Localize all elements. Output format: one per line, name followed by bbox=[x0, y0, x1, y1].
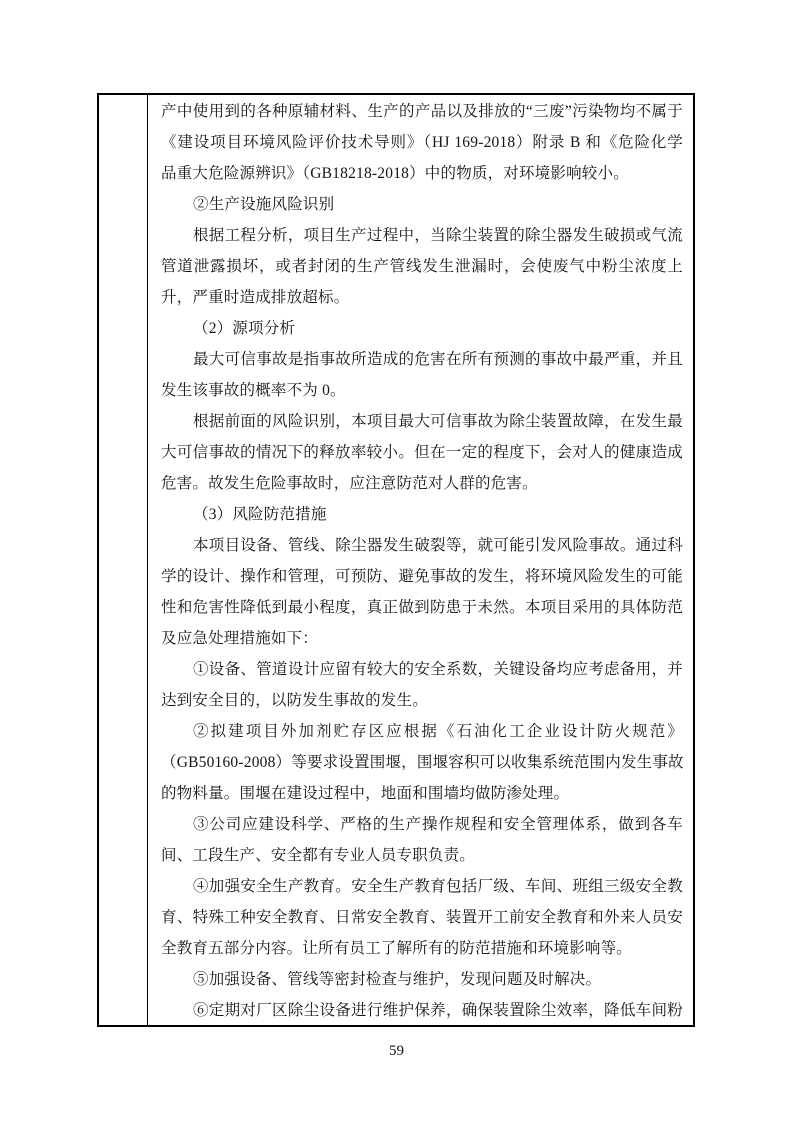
table-left-column bbox=[99, 95, 148, 1025]
text-line: ⑥定期对厂区除尘设备进行维护保养，确保装置除尘效率，降低车间粉 bbox=[161, 995, 683, 1025]
text-line: ④加强安全生产教育。安全生产教育包括厂级、车间、班组三级安全教 bbox=[161, 871, 683, 902]
text-line: 育、特殊工种安全教育、日常安全教育、装置开工前安全教育和外来人员安 bbox=[161, 902, 683, 933]
text-line: 学的设计、操作和管理，可预防、避免事故的发生，将环境风险发生的可能 bbox=[161, 561, 683, 592]
text-line: 发生该事故的概率不为 0。 bbox=[161, 375, 683, 406]
text-line: ②生产设施风险识别 bbox=[161, 189, 683, 220]
text-line: ③公司应建设科学、严格的生产操作规程和安全管理体系，做到各车 bbox=[161, 809, 683, 840]
text-line: 《建设项目环境风险评价技术导则》（HJ 169-2018）附录 B 和《危险化学 bbox=[161, 127, 683, 158]
text-line: 根据工程分析，项目生产过程中，当除尘装置的除尘器发生破损或气流 bbox=[161, 220, 683, 251]
text-line: 的物料量。围堰在建设过程中，地面和围墙均做防渗处理。 bbox=[161, 778, 683, 809]
text-line: 达到安全目的，以防发生事故的发生。 bbox=[161, 685, 683, 716]
text-line: 品重大危险源辨识》（GB18218-2018）中的物质，对环境影响较小。 bbox=[161, 158, 683, 189]
page-number: 59 bbox=[0, 1043, 793, 1060]
text-line: 管道泄露损坏，或者封闭的生产管线发生泄漏时，会使废气中粉尘浓度上 bbox=[161, 251, 683, 282]
text-line: 产中使用到的各种原辅材料、生产的产品以及排放的“三废”污染物均不属于 bbox=[161, 96, 683, 127]
text-line: 危害。故发生危险事故时，应注意防范对人群的危害。 bbox=[161, 468, 683, 499]
text-line: （2）源项分析 bbox=[161, 313, 683, 344]
table-content-cell: 产中使用到的各种原辅材料、生产的产品以及排放的“三废”污染物均不属于《建设项目环… bbox=[148, 95, 693, 1025]
text-line: ②拟建项目外加剂贮存区应根据《石油化工企业设计防火规范》 bbox=[161, 716, 683, 747]
text-line: （GB50160-2008）等要求设置围堰，围堰容积可以收集系统范围内发生事故 bbox=[161, 747, 683, 778]
document-page: 产中使用到的各种原辅材料、生产的产品以及排放的“三废”污染物均不属于《建设项目环… bbox=[0, 0, 793, 1122]
content-table: 产中使用到的各种原辅材料、生产的产品以及排放的“三废”污染物均不属于《建设项目环… bbox=[97, 93, 695, 1027]
text-line: 大可信事故的情况下的释放率较小。但在一定的程度下，会对人的健康造成 bbox=[161, 437, 683, 468]
text-line: ⑤加强设备、管线等密封检查与维护，发现问题及时解决。 bbox=[161, 964, 683, 995]
text-line: 升，严重时造成排放超标。 bbox=[161, 282, 683, 313]
text-line: ①设备、管道设计应留有较大的安全系数，关键设备均应考虑备用，并 bbox=[161, 654, 683, 685]
text-line: 最大可信事故是指事故所造成的危害在所有预测的事故中最严重，并且 bbox=[161, 344, 683, 375]
text-line: （3）风险防范措施 bbox=[161, 499, 683, 530]
text-line: 本项目设备、管线、除尘器发生破裂等，就可能引发风险事故。通过科 bbox=[161, 530, 683, 561]
text-line: 根据前面的风险识别，本项目最大可信事故为除尘装置故障，在发生最 bbox=[161, 406, 683, 437]
text-line: 性和危害性降低到最小程度，真正做到防患于未然。本项目采用的具体防范 bbox=[161, 592, 683, 623]
text-line: 间、工段生产、安全都有专业人员专职负责。 bbox=[161, 840, 683, 871]
text-lines: 产中使用到的各种原辅材料、生产的产品以及排放的“三废”污染物均不属于《建设项目环… bbox=[161, 96, 683, 1025]
text-line: 全教育五部分内容。让所有员工了解所有的防范措施和环境影响等。 bbox=[161, 933, 683, 964]
text-line: 及应急处理措施如下： bbox=[161, 623, 683, 654]
